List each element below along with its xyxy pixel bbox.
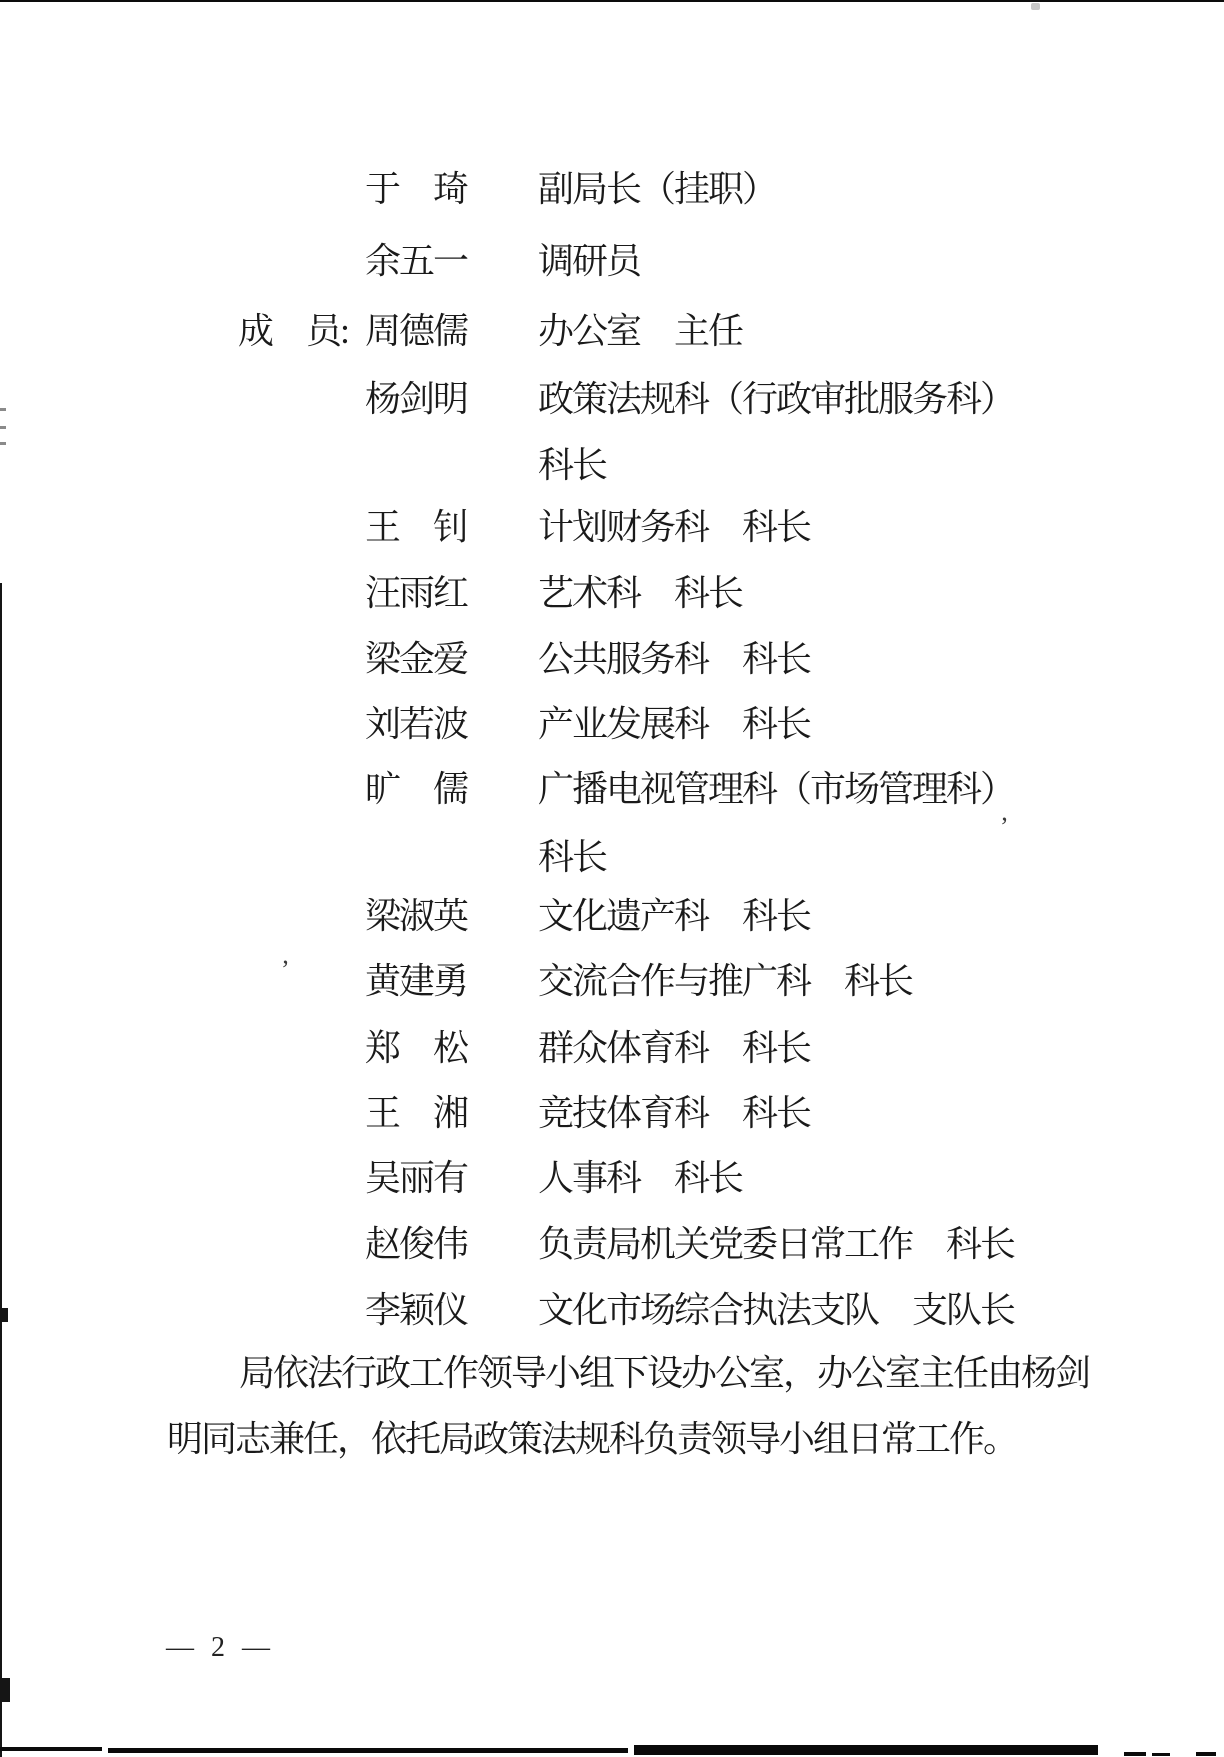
member-name: 杨剑明 <box>365 380 467 419</box>
roster-row: 汪雨红 艺术科 科长 <box>0 574 1224 618</box>
member-title: 群众体育科 科长 <box>538 1029 810 1068</box>
body-paragraph-line1: 局依法行政工作领导小组下设办公室，办公室主任由杨剑 <box>239 1354 1089 1393</box>
member-title: 广播电视管理科（市场管理科） <box>538 770 1014 809</box>
roster-row: 黄建勇 交流合作与推广科 科长 <box>0 962 1224 1006</box>
scan-top-edge-line <box>0 0 1224 2</box>
member-title: 计划财务科 科长 <box>538 508 810 547</box>
member-name: 梁淑英 <box>365 897 467 936</box>
member-title: 文化遗产科 科长 <box>538 897 810 936</box>
member-name: 余五一 <box>365 242 467 281</box>
roster-row: 余五一 调研员 <box>0 242 1224 286</box>
member-name: 王 钊 <box>365 508 467 547</box>
roster-row: 吴丽有 人事科 科长 <box>0 1159 1224 1203</box>
scan-blob <box>0 1678 10 1702</box>
roster-row-continuation: 科长 <box>0 446 1224 490</box>
member-title: 副局长（挂职） <box>538 170 776 209</box>
scan-bottom-edge-line <box>1196 1752 1216 1756</box>
member-name: 吴丽有 <box>365 1159 467 1198</box>
roster-row: 旷 儒 广播电视管理科（市场管理科） <box>0 770 1224 814</box>
scan-edge-dash <box>0 426 6 429</box>
member-name: 周德儒 <box>365 312 467 351</box>
member-title-continuation: 科长 <box>538 838 606 877</box>
roster-row: 李颖仪 文化市场综合执法支队 支队长 <box>0 1291 1224 1335</box>
member-name: 郑 松 <box>365 1029 467 1068</box>
roster-row: 王 钊 计划财务科 科长 <box>0 508 1224 552</box>
roster-row: 于 琦 副局长（挂职） <box>0 170 1224 214</box>
member-title: 竞技体育科 科长 <box>538 1094 810 1133</box>
roster-row: 梁淑英 文化遗产科 科长 <box>0 897 1224 941</box>
roster-row: 成 员: 周德儒 办公室 主任 <box>0 312 1224 356</box>
scan-bottom-edge-line <box>1152 1753 1170 1756</box>
body-paragraph-line2: 明同志兼任，依托局政策法规科负责领导小组日常工作。 <box>167 1420 1017 1459</box>
roster-row: 王 湘 竞技体育科 科长 <box>0 1094 1224 1138</box>
member-title: 人事科 科长 <box>538 1159 742 1198</box>
scan-ink-speck: ’ <box>281 955 290 985</box>
member-name: 汪雨红 <box>365 574 467 613</box>
roster-row: 梁金爱 公共服务科 科长 <box>0 640 1224 684</box>
members-role-label: 成 员: <box>238 312 348 351</box>
roster-row: 刘若波 产业发展科 科长 <box>0 705 1224 749</box>
member-title: 调研员 <box>538 242 640 281</box>
scan-bottom-edge-line <box>108 1748 628 1753</box>
member-title: 公共服务科 科长 <box>538 640 810 679</box>
page-number: — 2 — <box>166 1632 275 1664</box>
member-name: 旷 儒 <box>365 770 467 809</box>
member-title: 交流合作与推广科 科长 <box>538 962 912 1001</box>
scan-ink-speck: ’ <box>1000 812 1009 842</box>
roster-row: 郑 松 群众体育科 科长 <box>0 1029 1224 1073</box>
member-name: 于 琦 <box>365 170 467 209</box>
member-title-continuation: 科长 <box>538 446 606 485</box>
roster-row: 赵俊伟 负责局机关党委日常工作 科长 <box>0 1225 1224 1269</box>
member-name: 刘若波 <box>365 705 467 744</box>
roster-row: 杨剑明 政策法规科（行政审批服务科） <box>0 380 1224 424</box>
member-name: 赵俊伟 <box>365 1225 467 1264</box>
member-name: 梁金爱 <box>365 640 467 679</box>
member-title: 文化市场综合执法支队 支队长 <box>538 1291 1014 1330</box>
scan-speck <box>1031 3 1040 10</box>
member-name: 黄建勇 <box>365 962 467 1001</box>
member-title: 艺术科 科长 <box>538 574 742 613</box>
member-name: 王 湘 <box>365 1094 467 1133</box>
scan-bottom-edge-line <box>634 1745 1098 1755</box>
member-name: 李颖仪 <box>365 1291 467 1330</box>
page: 于 琦 副局长（挂职） 余五一 调研员 成 员: 周德儒 办公室 主任 杨剑明 … <box>0 0 1224 1757</box>
member-title: 政策法规科（行政审批服务科） <box>538 380 1014 419</box>
scan-bottom-edge-line <box>1124 1752 1146 1756</box>
roster-row-continuation: 科长 <box>0 838 1224 882</box>
member-title: 产业发展科 科长 <box>538 705 810 744</box>
scan-edge-dash <box>0 442 6 445</box>
scan-bottom-edge-line <box>0 1747 102 1751</box>
member-title: 负责局机关党委日常工作 科长 <box>538 1225 1014 1264</box>
member-title: 办公室 主任 <box>538 312 742 351</box>
